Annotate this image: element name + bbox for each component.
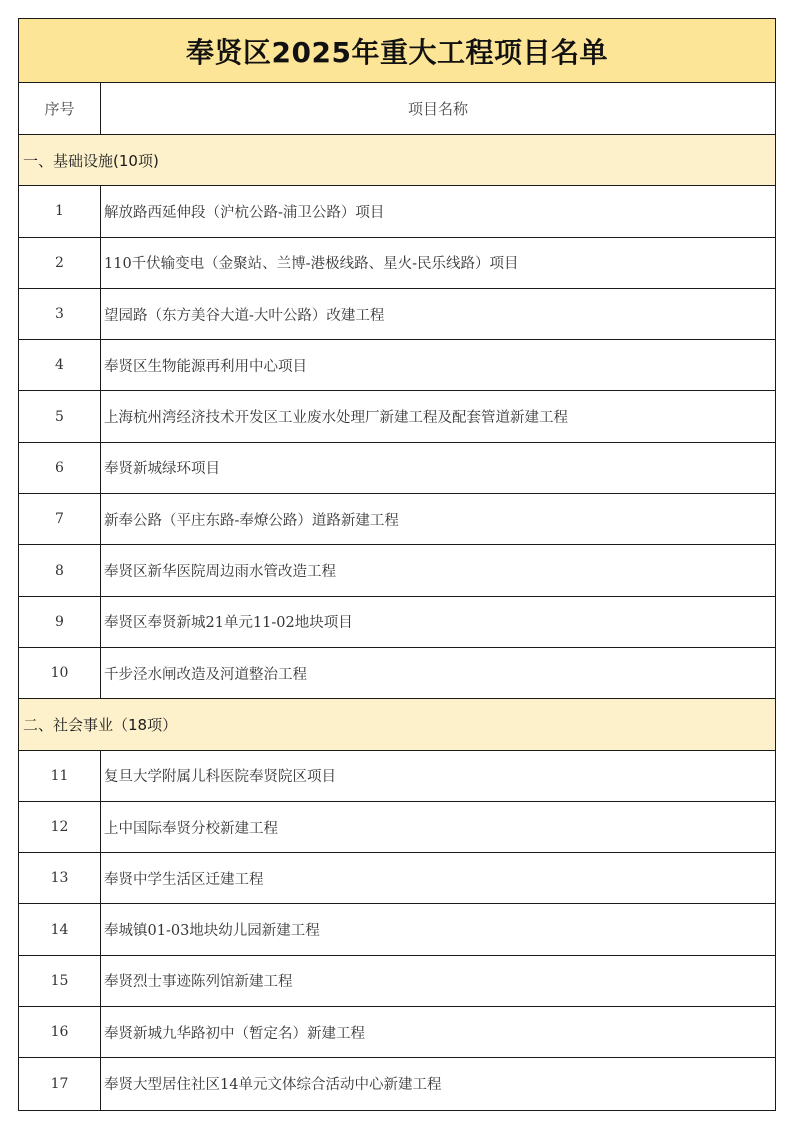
row-number: 9 [19,597,101,647]
project-name: 奉贤大型居住社区14单元文体综合活动中心新建工程 [101,1058,775,1109]
row-number: 13 [19,853,101,903]
row-number: 5 [19,391,101,441]
title-row: 奉贤区2025年重大工程项目名单 [19,19,775,83]
section-row-social: 二、社会事业（18项） [19,699,775,750]
table-row: 8奉贤区新华医院周边雨水管改造工程 [19,545,775,596]
table-row: 17奉贤大型居住社区14单元文体综合活动中心新建工程 [19,1058,775,1109]
page-title: 奉贤区2025年重大工程项目名单 [186,31,608,71]
project-name: 上海杭州湾经济技术开发区工业废水处理厂新建工程及配套管道新建工程 [101,391,775,441]
project-name: 上中国际奉贤分校新建工程 [101,802,775,852]
project-name: 奉贤新城绿环项目 [101,443,775,493]
row-number: 10 [19,648,101,698]
project-name: 复旦大学附属儿科医院奉贤院区项目 [101,751,775,801]
section-label: 二、社会事业（18项） [23,714,177,735]
project-name: 110千伏输变电（金聚站、兰博-港极线路、星火-民乐线路）项目 [101,238,775,288]
row-number: 4 [19,340,101,390]
column-header-name: 项目名称 [101,83,775,134]
table-row: 13奉贤中学生活区迁建工程 [19,853,775,904]
row-number: 1 [19,186,101,236]
table-row: 6奉贤新城绿环项目 [19,443,775,494]
row-number: 6 [19,443,101,493]
project-name: 奉贤区奉贤新城21单元11-02地块项目 [101,597,775,647]
table-row: 5上海杭州湾经济技术开发区工业废水处理厂新建工程及配套管道新建工程 [19,391,775,442]
row-number: 12 [19,802,101,852]
row-number: 7 [19,494,101,544]
row-number: 14 [19,904,101,954]
project-name: 望园路（东方美谷大道-大叶公路）改建工程 [101,289,775,339]
project-name: 奉贤中学生活区迁建工程 [101,853,775,903]
row-number: 3 [19,289,101,339]
table-row: 4奉贤区生物能源再利用中心项目 [19,340,775,391]
row-number: 8 [19,545,101,595]
table-row: 11复旦大学附属儿科医院奉贤院区项目 [19,751,775,802]
column-header-no: 序号 [19,83,101,134]
project-name: 奉贤新城九华路初中（暂定名）新建工程 [101,1007,775,1057]
project-list-table: 奉贤区2025年重大工程项目名单 序号 项目名称 一、基础设施(10项) 1解放… [18,18,776,1111]
table-row: 16奉贤新城九华路初中（暂定名）新建工程 [19,1007,775,1058]
table-row: 15奉贤烈士事迹陈列馆新建工程 [19,956,775,1007]
table-row: 10千步泾水闸改造及河道整治工程 [19,648,775,699]
header-row: 序号 项目名称 [19,83,775,135]
project-name: 新奉公路（平庄东路-奉燎公路）道路新建工程 [101,494,775,544]
project-name: 千步泾水闸改造及河道整治工程 [101,648,775,698]
row-number: 17 [19,1058,101,1109]
row-number: 16 [19,1007,101,1057]
project-name: 奉城镇01-03地块幼儿园新建工程 [101,904,775,954]
project-name: 解放路西延伸段（沪杭公路-浦卫公路）项目 [101,186,775,236]
section-label: 一、基础设施(10项) [23,150,159,171]
table-row: 12上中国际奉贤分校新建工程 [19,802,775,853]
table-row: 2110千伏输变电（金聚站、兰博-港极线路、星火-民乐线路）项目 [19,238,775,289]
project-name: 奉贤区生物能源再利用中心项目 [101,340,775,390]
table-row: 7新奉公路（平庄东路-奉燎公路）道路新建工程 [19,494,775,545]
project-name: 奉贤烈士事迹陈列馆新建工程 [101,956,775,1006]
table-row: 1解放路西延伸段（沪杭公路-浦卫公路）项目 [19,186,775,237]
table-row: 9奉贤区奉贤新城21单元11-02地块项目 [19,597,775,648]
row-number: 2 [19,238,101,288]
section-row-infrastructure: 一、基础设施(10项) [19,135,775,186]
table-row: 14奉城镇01-03地块幼儿园新建工程 [19,904,775,955]
table-row: 3望园路（东方美谷大道-大叶公路）改建工程 [19,289,775,340]
row-number: 15 [19,956,101,1006]
project-name: 奉贤区新华医院周边雨水管改造工程 [101,545,775,595]
row-number: 11 [19,751,101,801]
